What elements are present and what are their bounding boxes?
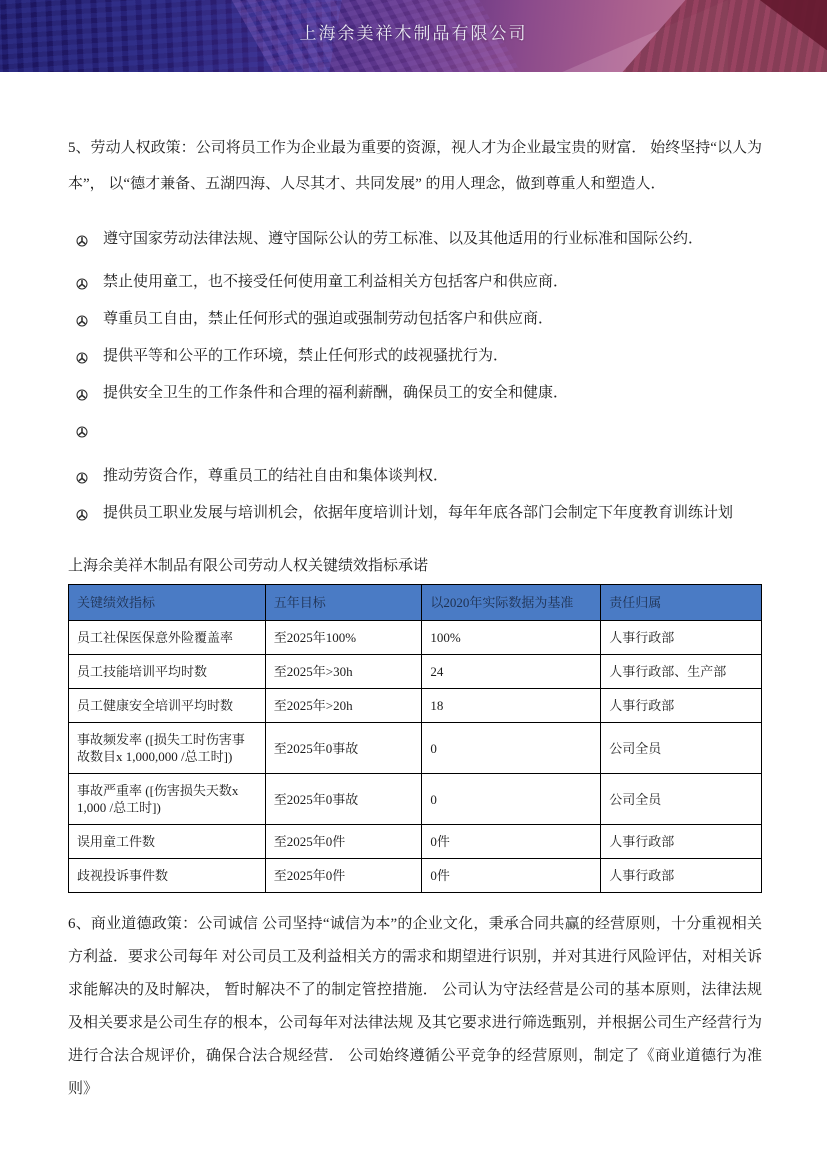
bullet-text: 禁止使用童工，也不接受任何使用童工利益相关方包括客户和供应商． xyxy=(103,271,568,293)
kpi-header-five-year-target: 五年目标 xyxy=(265,585,422,621)
kpi-table-caption: 上海余美祥木制品有限公司劳动人权关键绩效指标承诺 xyxy=(68,554,762,575)
bullet-item: 推动劳资合作，尊重员工的结社自由和集体谈判权． xyxy=(76,465,762,491)
bullet-text: 提供安全卫生的工作条件和合理的福利薪酬，确保员工的安全和健康． xyxy=(103,382,568,404)
trefoil-bullet-icon xyxy=(76,312,88,334)
kpi-cell: 人事行政部、生产部 xyxy=(601,655,762,689)
page-header-banner: 上海余美祥木制品有限公司 xyxy=(0,0,827,72)
labor-policy-bullet-list: 遵守国家劳动法律法规、遵守国际公认的劳工标准、以及其他适用的行业标准和国际公约．… xyxy=(68,228,762,528)
kpi-table-row: 员工健康安全培训平均时数 至2025年>20h 18 人事行政部 xyxy=(69,689,762,723)
kpi-header-2020-baseline: 以2020年实际数据为基准 xyxy=(422,585,601,621)
kpi-table-row: 员工技能培训平均时数 至2025年>30h 24 人事行政部、生产部 xyxy=(69,655,762,689)
kpi-table-header-row: 关键绩效指标 五年目标 以2020年实际数据为基准 责任归属 xyxy=(69,585,762,621)
kpi-table-row: 员工社保医保意外险覆盖率 至2025年100% 100% 人事行政部 xyxy=(69,621,762,655)
bullet-text: 提供平等和公平的工作环境，禁止任何形式的歧视骚扰行为． xyxy=(103,345,508,367)
bullet-item-empty xyxy=(76,419,762,445)
kpi-table-row: 歧视投诉事件数 至2025年0件 0件 人事行政部 xyxy=(69,859,762,893)
kpi-cell: 事故频发率 ([损失工时伤害事故数目x 1,000,000 /总工时]) xyxy=(69,723,266,774)
kpi-cell: 公司全员 xyxy=(601,774,762,825)
kpi-cell: 至2025年0件 xyxy=(265,859,422,893)
kpi-cell: 事故严重率 ([伤害损失天数x 1,000 /总工时]) xyxy=(69,774,266,825)
kpi-cell: 人事行政部 xyxy=(601,621,762,655)
bullet-item: 提供员工职业发展与培训机会，依据年度培训计划，每年年底各部门会制定下年度教育训练… xyxy=(76,502,762,528)
bullet-text: 提供员工职业发展与培训机会，依据年度培训计划，每年年底各部门会制定下年度教育训练… xyxy=(103,502,733,524)
bullet-item: 提供平等和公平的工作环境，禁止任何形式的歧视骚扰行为． xyxy=(76,345,762,371)
trefoil-bullet-icon xyxy=(76,423,88,445)
bullet-item: 遵守国家劳动法律法规、遵守国际公认的劳工标准、以及其他适用的行业标准和国际公约． xyxy=(76,228,762,254)
kpi-cell: 至2025年>30h xyxy=(265,655,422,689)
kpi-cell: 至2025年0事故 xyxy=(265,774,422,825)
kpi-cell: 至2025年0事故 xyxy=(265,723,422,774)
kpi-cell: 员工社保医保意外险覆盖率 xyxy=(69,621,266,655)
kpi-header-indicator: 关键绩效指标 xyxy=(69,585,266,621)
kpi-cell: 至2025年>20h xyxy=(265,689,422,723)
kpi-cell: 100% xyxy=(422,621,601,655)
kpi-cell: 0 xyxy=(422,723,601,774)
bullet-item: 禁止使用童工，也不接受任何使用童工利益相关方包括客户和供应商． xyxy=(76,271,762,297)
kpi-cell: 歧视投诉事件数 xyxy=(69,859,266,893)
kpi-table-row: 事故频发率 ([损失工时伤害事故数目x 1,000,000 /总工时]) 至20… xyxy=(69,723,762,774)
document-body: 5、劳动人权政策：公司将员工作为企业最为重要的资源，视人才为企业最宝贵的财富． … xyxy=(0,130,827,1106)
trefoil-bullet-icon xyxy=(76,349,88,371)
company-name: 上海余美祥木制品有限公司 xyxy=(0,19,827,44)
kpi-header-responsibility: 责任归属 xyxy=(601,585,762,621)
trefoil-bullet-icon xyxy=(76,275,88,297)
kpi-cell: 0 xyxy=(422,774,601,825)
kpi-table-row: 误用童工件数 至2025年0件 0件 人事行政部 xyxy=(69,825,762,859)
kpi-cell: 24 xyxy=(422,655,601,689)
bullet-text: 尊重员工自由，禁止任何形式的强迫或强制劳动包括客户和供应商． xyxy=(103,308,553,330)
kpi-cell: 0件 xyxy=(422,859,601,893)
trefoil-bullet-icon xyxy=(76,469,88,491)
kpi-cell: 误用童工件数 xyxy=(69,825,266,859)
section-6-paragraph: 6、商业道德政策：公司诚信 公司坚持“诚信为本”的企业文化，秉承合同共赢的经营原… xyxy=(68,908,762,1106)
kpi-cell: 18 xyxy=(422,689,601,723)
kpi-cell: 人事行政部 xyxy=(601,825,762,859)
kpi-cell: 至2025年100% xyxy=(265,621,422,655)
kpi-table-row: 事故严重率 ([伤害损失天数x 1,000 /总工时]) 至2025年0事故 0… xyxy=(69,774,762,825)
bullet-item: 尊重员工自由，禁止任何形式的强迫或强制劳动包括客户和供应商． xyxy=(76,308,762,334)
trefoil-bullet-icon xyxy=(76,506,88,528)
kpi-cell: 公司全员 xyxy=(601,723,762,774)
bullet-text: 遵守国家劳动法律法规、遵守国际公认的劳工标准、以及其他适用的行业标准和国际公约． xyxy=(103,228,703,250)
kpi-table: 关键绩效指标 五年目标 以2020年实际数据为基准 责任归属 员工社保医保意外险… xyxy=(68,584,762,893)
trefoil-bullet-icon xyxy=(76,232,88,254)
kpi-cell: 至2025年0件 xyxy=(265,825,422,859)
trefoil-bullet-icon xyxy=(76,386,88,408)
kpi-cell: 员工健康安全培训平均时数 xyxy=(69,689,266,723)
bullet-text: 推动劳资合作，尊重员工的结社自由和集体谈判权． xyxy=(103,465,448,487)
kpi-cell: 员工技能培训平均时数 xyxy=(69,655,266,689)
kpi-cell: 0件 xyxy=(422,825,601,859)
kpi-cell: 人事行政部 xyxy=(601,689,762,723)
bullet-item: 提供安全卫生的工作条件和合理的福利薪酬，确保员工的安全和健康． xyxy=(76,382,762,408)
kpi-cell: 人事行政部 xyxy=(601,859,762,893)
section-5-paragraph: 5、劳动人权政策：公司将员工作为企业最为重要的资源，视人才为企业最宝贵的财富． … xyxy=(68,130,762,202)
